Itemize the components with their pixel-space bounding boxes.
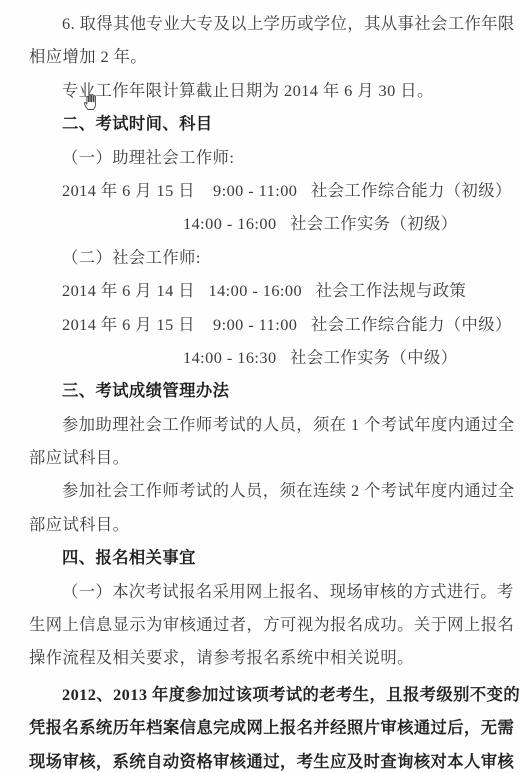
heading-exam-time-subjects: 二、考试时间、科目 (29, 107, 495, 140)
para-registration-line3: 操作流程及相关要求，请参考报名系统中相关说明。 (29, 641, 495, 674)
subheading-social-worker: （二）社会工作师: (29, 241, 495, 274)
document-body: 6. 取得其他专业大专及以上学历或学位，其从事社会工作年限 相应增加 2 年。 … (0, 0, 521, 773)
para-score-junior-line1: 参加助理社会工作师考试的人员，须在 1 个考试年度内通过全 (29, 408, 495, 441)
para-score-mid-line2: 部应试科目。 (29, 508, 495, 541)
schedule-junior-session1: 2014 年 6 月 15 日 9:00 - 11:00 社会工作综合能力（初级… (29, 174, 495, 207)
para-old-candidates-line3: 现场审核，系统自动资格审核通过，考生应及时查询核对本人审核 (29, 745, 495, 773)
document-page: 6. 取得其他专业大专及以上学历或学位，其从事社会工作年限 相应增加 2 年。 … (0, 0, 521, 773)
para-registration-line1: （一）本次考试报名采用网上报名、现场审核的方式进行。考 (29, 575, 495, 608)
para-score-mid-line1: 参加社会工作师考试的人员，须在连续 2 个考试年度内通过全 (29, 474, 495, 507)
subheading-assistant-social-worker: （一）助理社会工作师: (29, 141, 495, 174)
schedule-junior-session2: 14:00 - 16:00 社会工作实务（初级） (29, 207, 495, 240)
schedule-mid-session2: 2014 年 6 月 15 日 9:00 - 11:00 社会工作综合能力（中级… (29, 308, 495, 341)
para-old-candidates-line2: 凭报名系统历年档案信息完成网上报名并经照片审核通过后，无需 (29, 711, 495, 744)
heading-registration-matters: 四、报名相关事宜 (29, 541, 495, 574)
schedule-mid-session3: 14:00 - 16:30 社会工作实务（中级） (29, 341, 495, 374)
para-registration-line2: 生网上信息显示为审核通过者，方可视为报名成功。关于网上报名 (29, 608, 495, 641)
para-degree-requirement-line2: 相应增加 2 年。 (29, 40, 495, 73)
para-score-junior-line2: 部应试科目。 (29, 441, 495, 474)
para-degree-requirement-line1: 6. 取得其他专业大专及以上学历或学位，其从事社会工作年限 (29, 7, 495, 40)
para-old-candidates-line1: 2012、2013 年度参加过该项考试的老考生，且报考级别不变的， (29, 678, 495, 711)
para-deadline-date: 专业工作年限计算截止日期为 2014 年 6 月 30 日。 (29, 74, 495, 107)
heading-score-management: 三、考试成绩管理办法 (29, 374, 495, 407)
schedule-mid-session1: 2014 年 6 月 14 日 14:00 - 16:00 社会工作法规与政策 (29, 274, 495, 307)
